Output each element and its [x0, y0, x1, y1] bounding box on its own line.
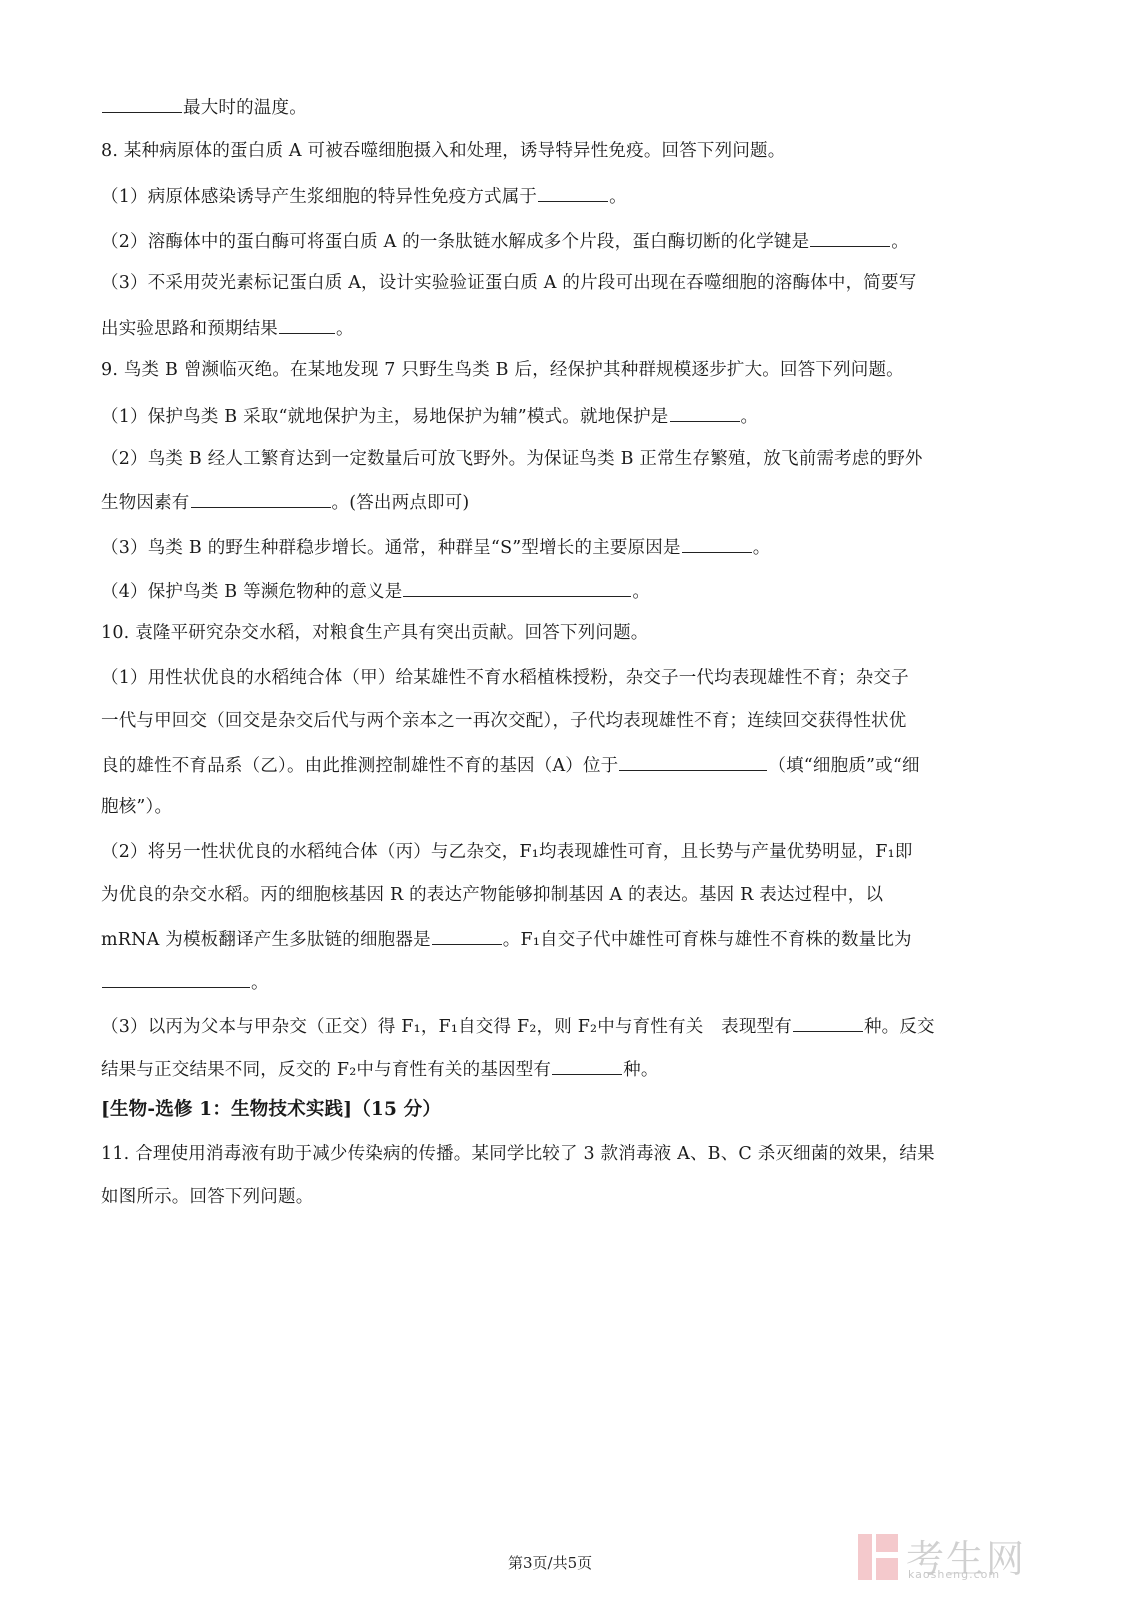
answer-blank [793, 1013, 863, 1032]
question-10-part-2-cont: 为优良的杂交水稻。丙的细胞核基因 R 的表达产物能够抑制基因 A 的表达。基因 … [101, 883, 883, 907]
text: 。 [632, 582, 650, 602]
question-11-stem-cont: 如图所示。回答下列问题。 [101, 1185, 313, 1209]
question-9-part-3: （3）鸟类 B 的野生种群稳步增长。通常，种群呈“S”型增长的主要原因是。 [101, 534, 770, 560]
text: 。 [336, 319, 354, 339]
question-10-part-1: （1）用性状优良的水稻纯合体（甲）给某雄性不育水稻植株授粉，杂交子一代均表现雄性… [101, 666, 909, 690]
text: mRNA 为模板翻译产生多肽链的细胞器是 [101, 930, 431, 950]
text: （填“细胞质”或“细 [768, 756, 919, 776]
watermark-logo-icon [858, 1534, 898, 1580]
answer-blank [279, 315, 335, 334]
page-number: 第3页/共5页 [508, 1552, 592, 1573]
text: （1）病原体感染诱导产生浆细胞的特异性免疫方式属于 [101, 187, 537, 207]
question-10-part-1-cont3: 胞核”）。 [101, 795, 172, 819]
text: （2）溶酶体中的蛋白酶可将蛋白质 A 的一条肽链水解成多个片段，蛋白酶切断的化学… [101, 232, 809, 252]
text: 。 [891, 232, 909, 252]
question-10-part-3-cont: 结果与正交结果不同，反交的 F₂中与育性有关的基因型有种。 [101, 1056, 659, 1082]
watermark-en: kaosheng.com [908, 1568, 1000, 1581]
question-10-part-2-cont2: mRNA 为模板翻译产生多肽链的细胞器是。F₁自交子代中雄性可育株与雄性不育株的… [101, 926, 912, 952]
answer-blank [191, 489, 331, 508]
question-9-stem: 9. 鸟类 B 曾濒临灭绝。在某地发现 7 只野生鸟类 B 后，经保护其种群规模… [101, 358, 904, 382]
text: 出实验思路和预期结果 [101, 319, 278, 339]
answer-blank [102, 94, 182, 113]
question-9-part-2-cont: 生物因素有。(答出两点即可) [101, 489, 469, 515]
question-9-part-1: （1）保护鸟类 B 采取“就地保护为主，易地保护为辅”模式。就地保护是。 [101, 403, 758, 429]
answer-blank [619, 752, 767, 771]
question-9-part-2: （2）鸟类 B 经人工繁育达到一定数量后可放飞野外。为保证鸟类 B 正常生存繁殖… [101, 447, 923, 471]
answer-blank [670, 403, 740, 422]
text: 种。 [623, 1060, 658, 1080]
answer-blank [403, 578, 631, 597]
question-10-part-1-cont: 一代与甲回交（回交是杂交后代与两个亲本之一再次交配），子代均表现雄性不育；连续回… [101, 709, 906, 733]
line-q7-end: 最大时的温度。 [101, 94, 307, 120]
answer-blank [682, 534, 752, 553]
text: 。F₁自交子代中雄性可育株与雄性不育株的数量比为 [503, 930, 912, 950]
question-8-part-2: （2）溶酶体中的蛋白酶可将蛋白质 A 的一条肽链水解成多个片段，蛋白酶切断的化学… [101, 228, 909, 254]
answer-blank [432, 926, 502, 945]
text: 。(答出两点即可) [332, 493, 470, 513]
watermark: 考生网 kaosheng.com [858, 1528, 1108, 1588]
question-10-part-3: （3）以丙为父本与甲杂交（正交）得 F₁，F₁自交得 F₂，则 F₂中与育性有关… [101, 1013, 935, 1039]
answer-blank [810, 228, 890, 247]
text: （4）保护鸟类 B 等濒危物种的意义是 [101, 582, 402, 602]
question-8-part-3-cont: 出实验思路和预期结果。 [101, 315, 354, 341]
question-8-part-3: （3）不采用荧光素标记蛋白质 A，设计实验验证蛋白质 A 的片段可出现在吞噬细胞… [101, 271, 916, 295]
question-10-part-2: （2）将另一性状优良的水稻纯合体（丙）与乙杂交，F₁均表现雄性可育，且长势与产量… [101, 840, 913, 864]
question-9-part-4: （4）保护鸟类 B 等濒危物种的意义是。 [101, 578, 650, 604]
text: （1）保护鸟类 B 采取“就地保护为主，易地保护为辅”模式。就地保护是 [101, 407, 669, 427]
text: 种。反交 [864, 1017, 935, 1037]
text: 最大时的温度。 [183, 98, 307, 118]
text: 。 [609, 187, 627, 207]
question-10-stem: 10. 袁隆平研究杂交水稻，对粮食生产具有突出贡献。回答下列问题。 [101, 621, 649, 645]
text: 结果与正交结果不同，反交的 F₂中与育性有关的基因型有 [101, 1060, 551, 1080]
text: 生物因素有 [101, 493, 190, 513]
question-10-part-1-cont2: 良的雄性不育品系（乙）。由此推测控制雄性不育的基因（A）位于（填“细胞质”或“细 [101, 752, 920, 778]
text: 良的雄性不育品系（乙）。由此推测控制雄性不育的基因（A）位于 [101, 756, 618, 776]
section-heading: [生物-选修 1：生物技术实践]（15 分） [101, 1098, 441, 1122]
question-8-part-1: （1）病原体感染诱导产生浆细胞的特异性免疫方式属于。 [101, 183, 627, 209]
answer-blank [538, 183, 608, 202]
text: （3）以丙为父本与甲杂交（正交）得 F₁，F₁自交得 F₂，则 F₂中与育性有关… [101, 1017, 792, 1037]
question-10-part-2-cont3: 。 [101, 969, 269, 995]
question-11-stem: 11. 合理使用消毒液有助于减少传染病的传播。某同学比较了 3 款消毒液 A、B… [101, 1142, 935, 1166]
answer-blank [102, 969, 250, 988]
answer-blank [552, 1056, 622, 1075]
text: 。 [753, 538, 771, 558]
text: （3）鸟类 B 的野生种群稳步增长。通常，种群呈“S”型增长的主要原因是 [101, 538, 681, 558]
question-8-stem: 8. 某种病原体的蛋白质 A 可被吞噬细胞摄入和处理，诱导特异性免疫。回答下列问… [101, 139, 785, 163]
text: 。 [251, 973, 269, 993]
text: 。 [741, 407, 759, 427]
